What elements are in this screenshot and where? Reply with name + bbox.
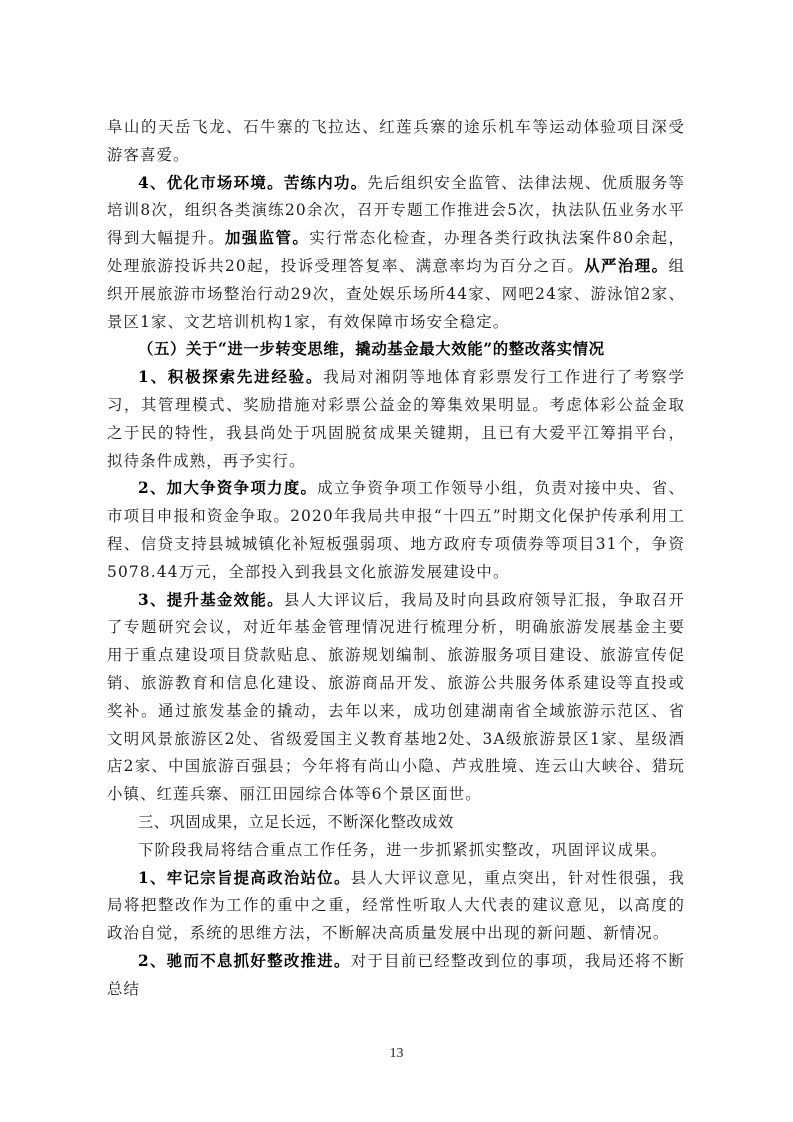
item-lead: 3、提升基金效能。 — [138, 591, 284, 609]
paragraph-continuation: 阜山的天岳飞龙、石牛寨的飞拉达、红莲兵寨的途乐机车等运动体验项目深受游客喜爱。 — [107, 114, 685, 170]
paragraph-text: 县人大评议后，我局及时向县政府领导汇报，争取召开了专题研究会议，对近年基金管理情… — [107, 591, 685, 804]
item-lead: 1、积极探索先进经验。 — [138, 368, 323, 386]
document-body: 阜山的天岳飞龙、石牛寨的飞拉达、红莲兵寨的途乐机车等运动体验项目深受游客喜爱。 … — [107, 114, 685, 1004]
item-lead: 2、驰而不息抓好整改推进。 — [138, 952, 351, 970]
document-page: 阜山的天岳飞龙、石牛寨的飞拉达、红莲兵寨的途乐机车等运动体验项目深受游客喜爱。 … — [0, 0, 793, 1122]
paragraph-explore-experience: 1、积极探索先进经验。我局对湘阴等地体育彩票发行工作进行了考察学习，其管理模式、… — [107, 364, 685, 475]
subpoint-lead: 从严治理。 — [584, 257, 668, 275]
item-lead: 4、优化市场环境。 — [138, 174, 284, 192]
subpoint-lead: 苦练内功。 — [284, 174, 368, 192]
paragraph-intro: 下阶段我局将结合重点工作任务，进一步抓紧抓实整改，巩固评议成果。 — [107, 837, 685, 865]
item-lead: 2、加大争资争项力度。 — [138, 479, 317, 497]
paragraph-political-stance: 1、牢记宗旨提高政治站位。县人大评议意见，重点突出，针对性很强，我局将把整改作为… — [107, 865, 685, 948]
page-number: 13 — [0, 1046, 793, 1062]
paragraph-rectification-progress: 2、驰而不息抓好整改推进。对于目前已经整改到位的事项，我局还将不断总结 — [107, 948, 685, 1004]
paragraph-fund-efficiency: 3、提升基金效能。县人大评议后，我局及时向县政府领导汇报，争取召开了专题研究会议… — [107, 587, 685, 809]
section-heading-5: （五）关于“进一步转变思维，撬动基金最大效能”的整改落实情况 — [107, 336, 685, 364]
item-lead: 1、牢记宗旨提高政治站位。 — [138, 869, 351, 887]
subpoint-lead: 加强监管。 — [225, 229, 309, 247]
section-heading-3: 三、巩固成果，立足长远，不断深化整改成效 — [107, 809, 685, 837]
paragraph-market-environment: 4、优化市场环境。苦练内功。先后组织安全监管、法律法规、优质服务等培训8次，组织… — [107, 170, 685, 337]
paragraph-funding-projects: 2、加大争资争项力度。成立争资争项工作领导小组，负责对接中央、省、市项目申报和资… — [107, 475, 685, 586]
